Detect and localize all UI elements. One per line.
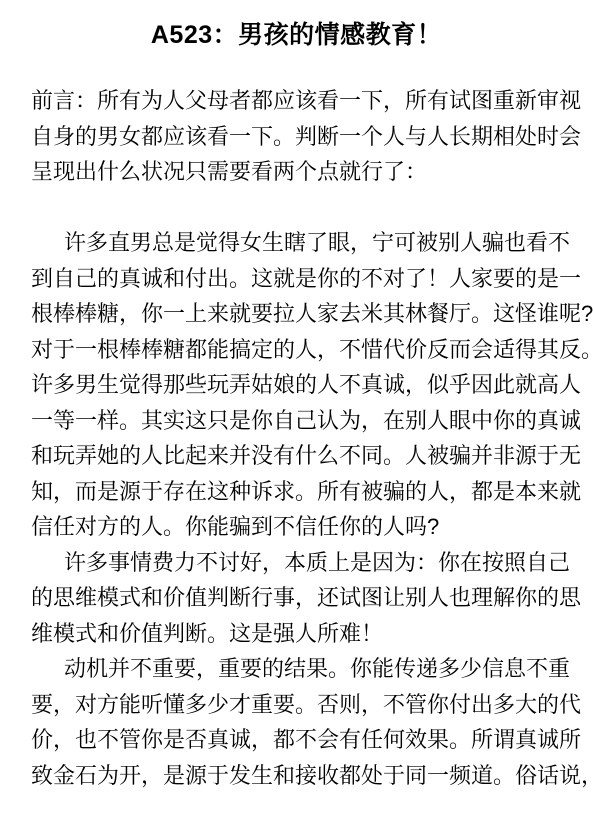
- text-line: 价，也不管你是否真诚，都不会有任何效果。所谓真诚所: [31, 722, 565, 758]
- paragraph-3: 动机并不重要，重要的结果。你能传递多少信息不重 要，对方能听懂多少才重要。否则，…: [31, 651, 565, 793]
- text-line: 自身的男女都应该看一下。判断一个人与人长期相处时会: [31, 119, 565, 155]
- paragraph-preface: 前言：所有为人父母者都应该看一下，所有试图重新审视 自身的男女都应该看一下。判断…: [31, 83, 565, 190]
- text-line: 信任对方的人。你能骗到不信任你的人吗?: [31, 509, 565, 545]
- text-line: 前言：所有为人父母者都应该看一下，所有试图重新审视: [31, 83, 565, 119]
- text-line: 到自己的真诚和付出。这就是你的不对了！人家要的是一: [31, 261, 565, 297]
- text-line: 的思维模式和价值判断行事，还试图让别人也理解你的思: [31, 580, 565, 616]
- text-line: 许多直男总是觉得女生瞎了眼，宁可被别人骗也看不: [31, 225, 565, 261]
- paragraph-1: 许多直男总是觉得女生瞎了眼，宁可被别人骗也看不 到自己的真诚和付出。这就是你的不…: [31, 225, 565, 545]
- paragraph-2: 许多事情费力不讨好，本质上是因为：你在按照自己 的思维模式和价值判断行事，还试图…: [31, 545, 565, 652]
- text-line: 维模式和价值判断。这是强人所难！: [31, 616, 565, 652]
- text-line: 致金石为开，是源于发生和接收都处于同一频道。俗话说，: [31, 758, 565, 794]
- text-line: 动机并不重要，重要的结果。你能传递多少信息不重: [31, 651, 565, 687]
- text-line: 要，对方能听懂多少才重要。否则，不管你付出多大的代: [31, 687, 565, 723]
- text-line: 和玩弄她的人比起来并没有什么不同。人被骗并非源于无: [31, 438, 565, 474]
- article-body: 前言：所有为人父母者都应该看一下，所有试图重新审视 自身的男女都应该看一下。判断…: [31, 83, 565, 793]
- text-line: 呈现出什么状况只需要看两个点就行了：: [31, 154, 565, 190]
- page-title: A523：男孩的情感教育！: [0, 0, 593, 50]
- text-line: 许多事情费力不讨好，本质上是因为：你在按照自己: [31, 545, 565, 581]
- text-line: 知，而是源于存在这种诉求。所有被骗的人，都是本来就: [31, 474, 565, 510]
- document-page: A523：男孩的情感教育！ 前言：所有为人父母者都应该看一下，所有试图重新审视 …: [0, 0, 593, 823]
- text-line: 对于一根棒棒糖都能搞定的人，不惜代价反而会适得其反。: [31, 332, 565, 368]
- text-line: 一等一样。其实这只是你自己认为，在别人眼中你的真诚: [31, 403, 565, 439]
- text-line: 根棒棒糖，你一上来就要拉人家去米其林餐厅。这怪谁呢?: [31, 296, 565, 332]
- text-line: 许多男生觉得那些玩弄姑娘的人不真诚，似乎因此就高人: [31, 367, 565, 403]
